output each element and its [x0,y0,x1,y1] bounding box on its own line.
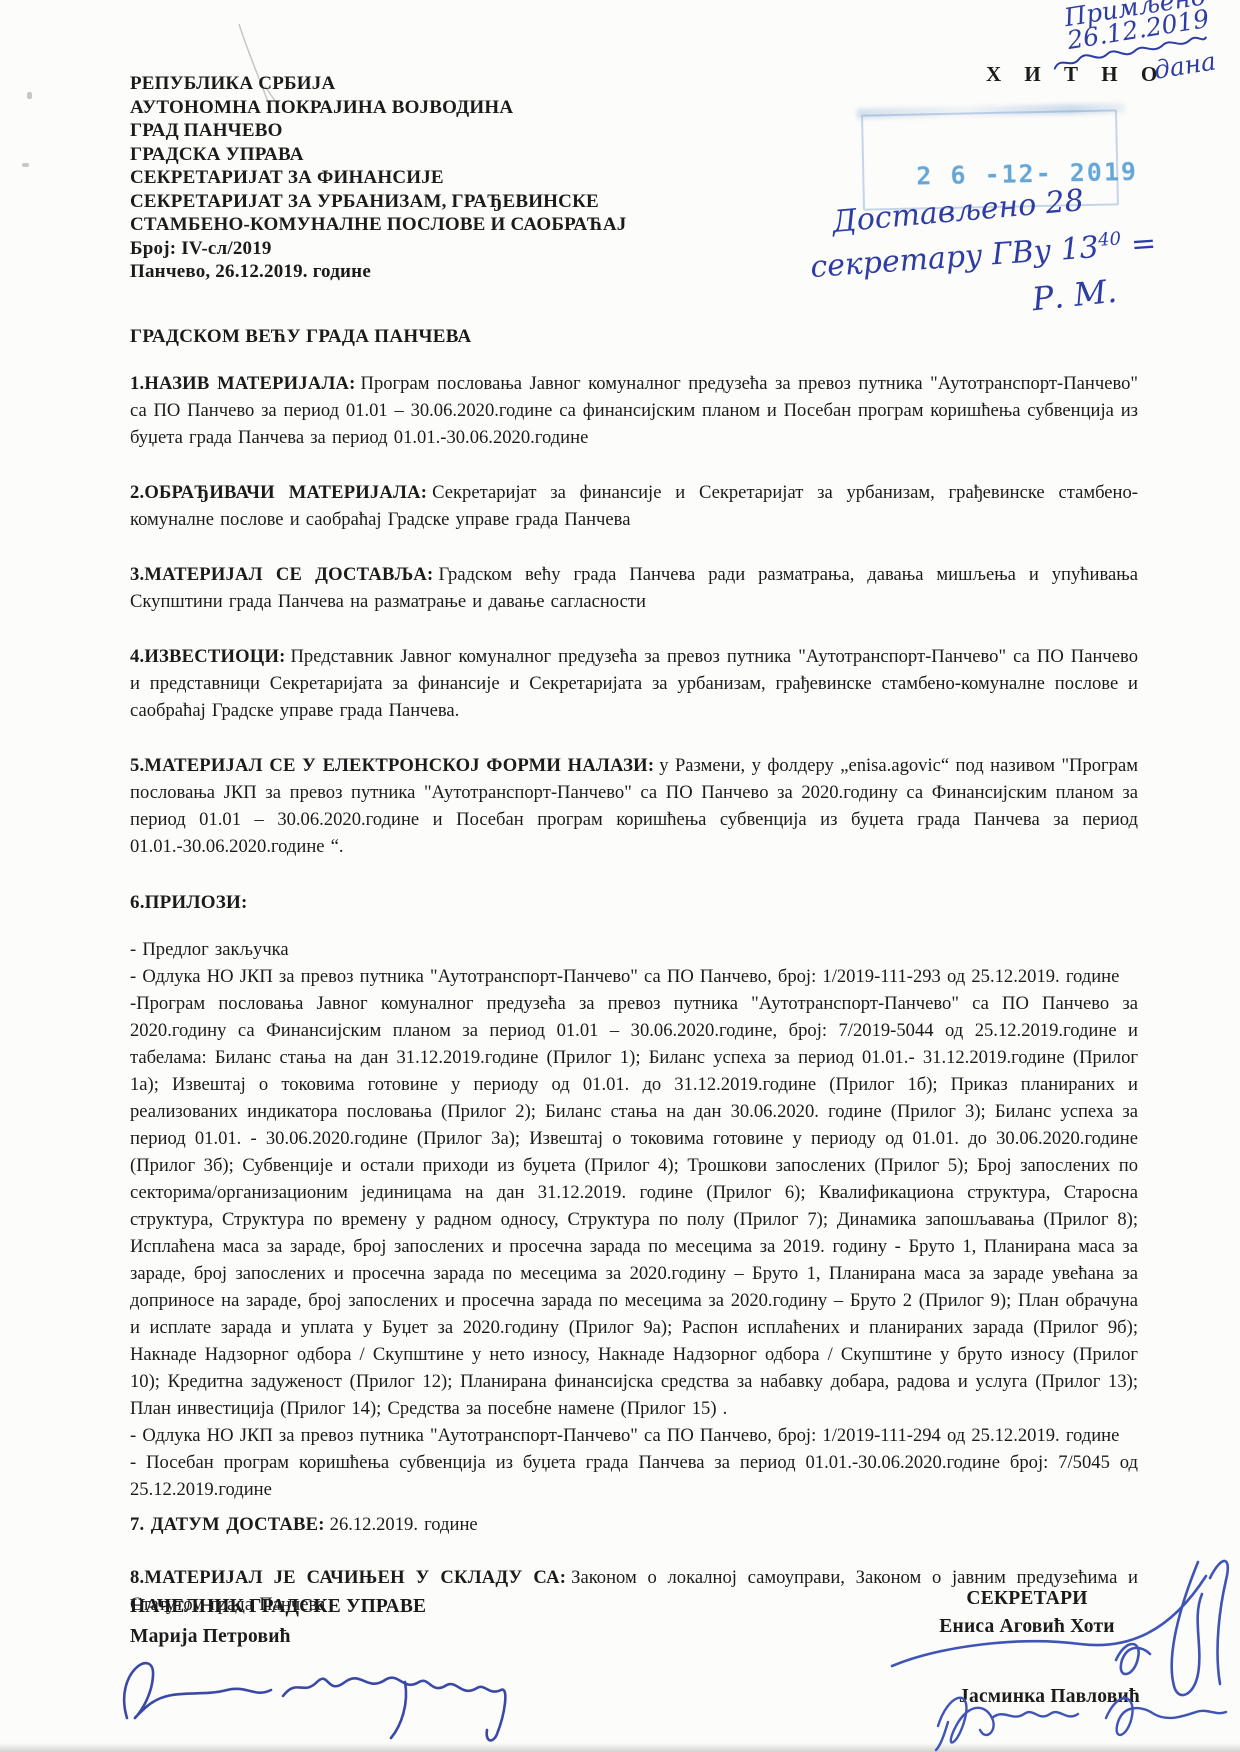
section-label: 5.МАТЕРИЈАЛ СЕ У ЕЛЕКТРОНСКОЈ ФОРМИ НАЛА… [130,755,659,776]
signatory-left-title: НАЧЕЛНИК ГРАДСКЕ УПРАВЕ [130,1592,426,1622]
header-line-province: АУТОНОМНА ПОКРАЈИНА ВОЈВОДИНА [130,96,1138,120]
signature-marija-petrovic [105,1638,535,1750]
attachment-item: - Предлог закључка [130,936,1138,963]
header-line-administration: ГРАДСКА УПРАВА [130,143,1138,167]
recipient-title: ГРАДСКОМ ВЕЋУ ГРАДА ПАНЧЕВА [130,326,1138,348]
attachment-item: - Одлука НО ЈКП за превоз путника "Аутот… [130,1422,1138,1449]
section-label: 4.ИЗВЕСТИОЦИ: [130,646,291,667]
section-label: 1.НАЗИВ МАТЕРИЈАЛА: [130,373,361,394]
signatory-right-block: СЕКРЕТАРИ Ениса Аговић Хоти Јасминка Пав… [862,1585,1192,1711]
section-label: 8.МАТЕРИЈАЛ ЈЕ САЧИЊЕН У СКЛАДУ СА: [130,1567,571,1588]
header-line-republic: РЕПУБЛИКА СРБИЈА [130,72,1138,96]
section-text: 26.12.2019. године [330,1514,478,1535]
scan-speck [22,163,29,167]
section-izvestioci: 4.ИЗВЕСТИОЦИ:Представник Јавног комуналн… [130,643,1138,724]
section-datum-dostave: 7. ДАТУМ ДОСТАВЕ:26.12.2019. године [130,1511,1138,1538]
signatory-left-block: НАЧЕЛНИК ГРАДСКЕ УПРАВЕ Марија Петровић [130,1592,426,1652]
section-label: 2.ОБРАЂИВАЧИ МАТЕРИЈАЛА: [130,482,432,503]
section-dostavlja-se: 3.МАТЕРИЈАЛ СЕ ДОСТАВЉА:Градском већу гр… [130,561,1138,615]
header-line-city: ГРАД ПАНЧЕВО [130,119,1138,143]
attachment-item: - Одлука НО ЈКП за превоз путника "Аутот… [130,963,1138,990]
section-obradjivaci: 2.ОБРАЂИВАЧИ МАТЕРИЈАЛА:Секретаријат за … [130,479,1138,533]
header-line-date: Панчево, 26.12.2019. године [130,260,1138,284]
section-label: 7. ДАТУМ ДОСТАВЕ: [130,1514,330,1535]
section-naziv-materijala: 1.НАЗИВ МАТЕРИЈАЛА:Програм пословања Јав… [130,370,1138,451]
scan-speck [27,92,32,99]
attachment-item: -Програм пословања Јавног комуналног пре… [130,990,1138,1422]
attachments-list: - Предлог закључка - Одлука НО ЈКП за пр… [130,936,1138,1538]
signatory-left-name: Марија Петровић [130,1622,426,1652]
signatory-right-name1: Ениса Аговић Хоти [862,1613,1192,1641]
header-line-number: Број: IV-сл/2019 [130,237,1138,261]
attachment-item: - Посебан програм коришћења субвенција и… [130,1449,1138,1503]
header-line-secretariat-urbanism2: СТАМБЕНО-КОМУНАЛНЕ ПОСЛОВЕ И САОБРАЋАЈ [130,213,1138,237]
scanned-document-page: Х И Т Н О Примљено 26.12.2019 дана 2 6 -… [0,0,1240,1752]
document-body: РЕПУБЛИКА СРБИЈА АУТОНОМНА ПОКРАЈИНА ВОЈ… [130,72,1138,1618]
header-line-secretariat-urbanism: СЕКРЕТАРИЈАТ ЗА УРБАНИЗАМ, ГРАЂЕВИНСКЕ [130,190,1138,214]
signatory-right-title: СЕКРЕТАРИ [862,1585,1192,1613]
section-elektronska-forma: 5.МАТЕРИЈАЛ СЕ У ЕЛЕКТРОНСКОЈ ФОРМИ НАЛА… [130,752,1138,860]
signatory-right-name2: Јасминка Павловић [907,1683,1192,1711]
section-label: 3.МАТЕРИЈАЛ СЕ ДОСТАВЉА: [130,564,438,585]
header-line-secretariat-finance: СЕКРЕТАРИЈАТ ЗА ФИНАНСИЈЕ [130,166,1138,190]
section-prilozi-heading: 6.ПРИЛОЗИ: [130,892,1138,914]
scan-edge-shadow [0,1743,1240,1752]
